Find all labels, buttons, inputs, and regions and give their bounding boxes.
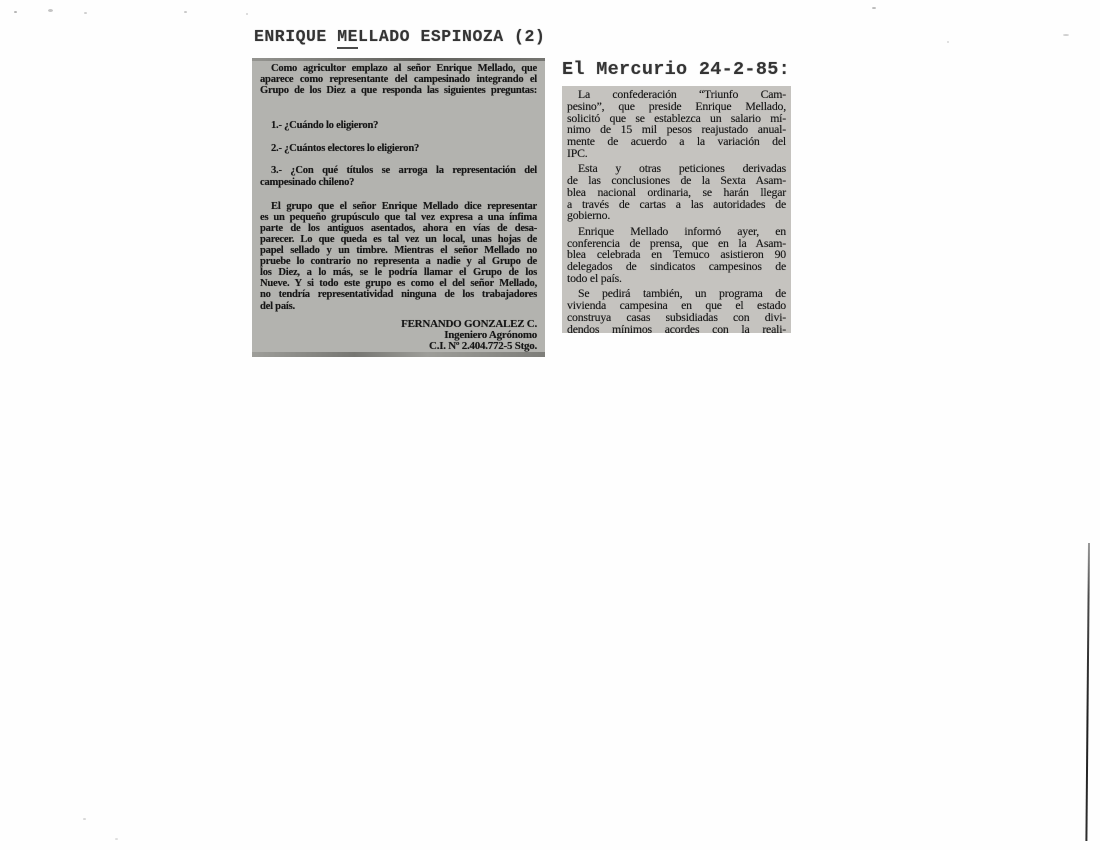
question-1: 1.- ¿Cuándo lo eligieron?	[260, 120, 537, 131]
page-title: ENRIQUE MELLADO ESPINOZA (2)	[254, 27, 545, 46]
mercurio-paragraph-1: La confederación “Triunfo Cam-pesino”, q…	[567, 89, 786, 160]
scan-speck	[872, 7, 876, 9]
mercurio-newspaper-clipping: La confederación “Triunfo Cam-pesino”, q…	[562, 86, 791, 333]
clipping-intro-paragraph: Como agricultor emplazo al señor Enrique…	[260, 63, 537, 96]
scan-speck	[246, 13, 248, 15]
question-3: 3.- ¿Con qué títulos se arroga la repres…	[260, 165, 537, 187]
scan-speck	[1063, 34, 1069, 36]
scan-speck	[14, 11, 17, 13]
scan-artifact-vertical-line	[1085, 543, 1090, 841]
mercurio-paragraph-3: Enrique Mellado informó ayer, enconferen…	[567, 226, 786, 285]
mercurio-date-header: El Mercurio 24-2-85:	[562, 59, 790, 80]
scan-speck	[84, 12, 87, 14]
signature-block: FERNANDO GONZALEZ C.Ingeniero AgrónomoC.…	[260, 319, 537, 353]
question-2: 2.- ¿Cuántos electores lo eligieron?	[260, 143, 537, 154]
clipping-body-paragraph: El grupo que el señor Enrique Mellado di…	[260, 201, 537, 312]
title-underlined-part: ME	[337, 27, 358, 49]
mercurio-paragraph-4: Se pedirá también, un programa deviviend…	[567, 288, 786, 333]
title-text-part: LLADO ESPINOZA (2)	[358, 27, 545, 46]
scan-speck	[947, 41, 949, 43]
title-text-part: ENRIQUE	[254, 27, 337, 46]
scan-speck	[48, 9, 53, 12]
left-newspaper-clipping: Como agricultor emplazo al señor Enrique…	[252, 58, 545, 357]
scan-speck	[184, 11, 187, 13]
scan-speck	[83, 818, 86, 820]
mercurio-paragraph-2: Esta y otras peticiones derivadasde las …	[567, 163, 786, 222]
scan-speck	[115, 838, 118, 840]
